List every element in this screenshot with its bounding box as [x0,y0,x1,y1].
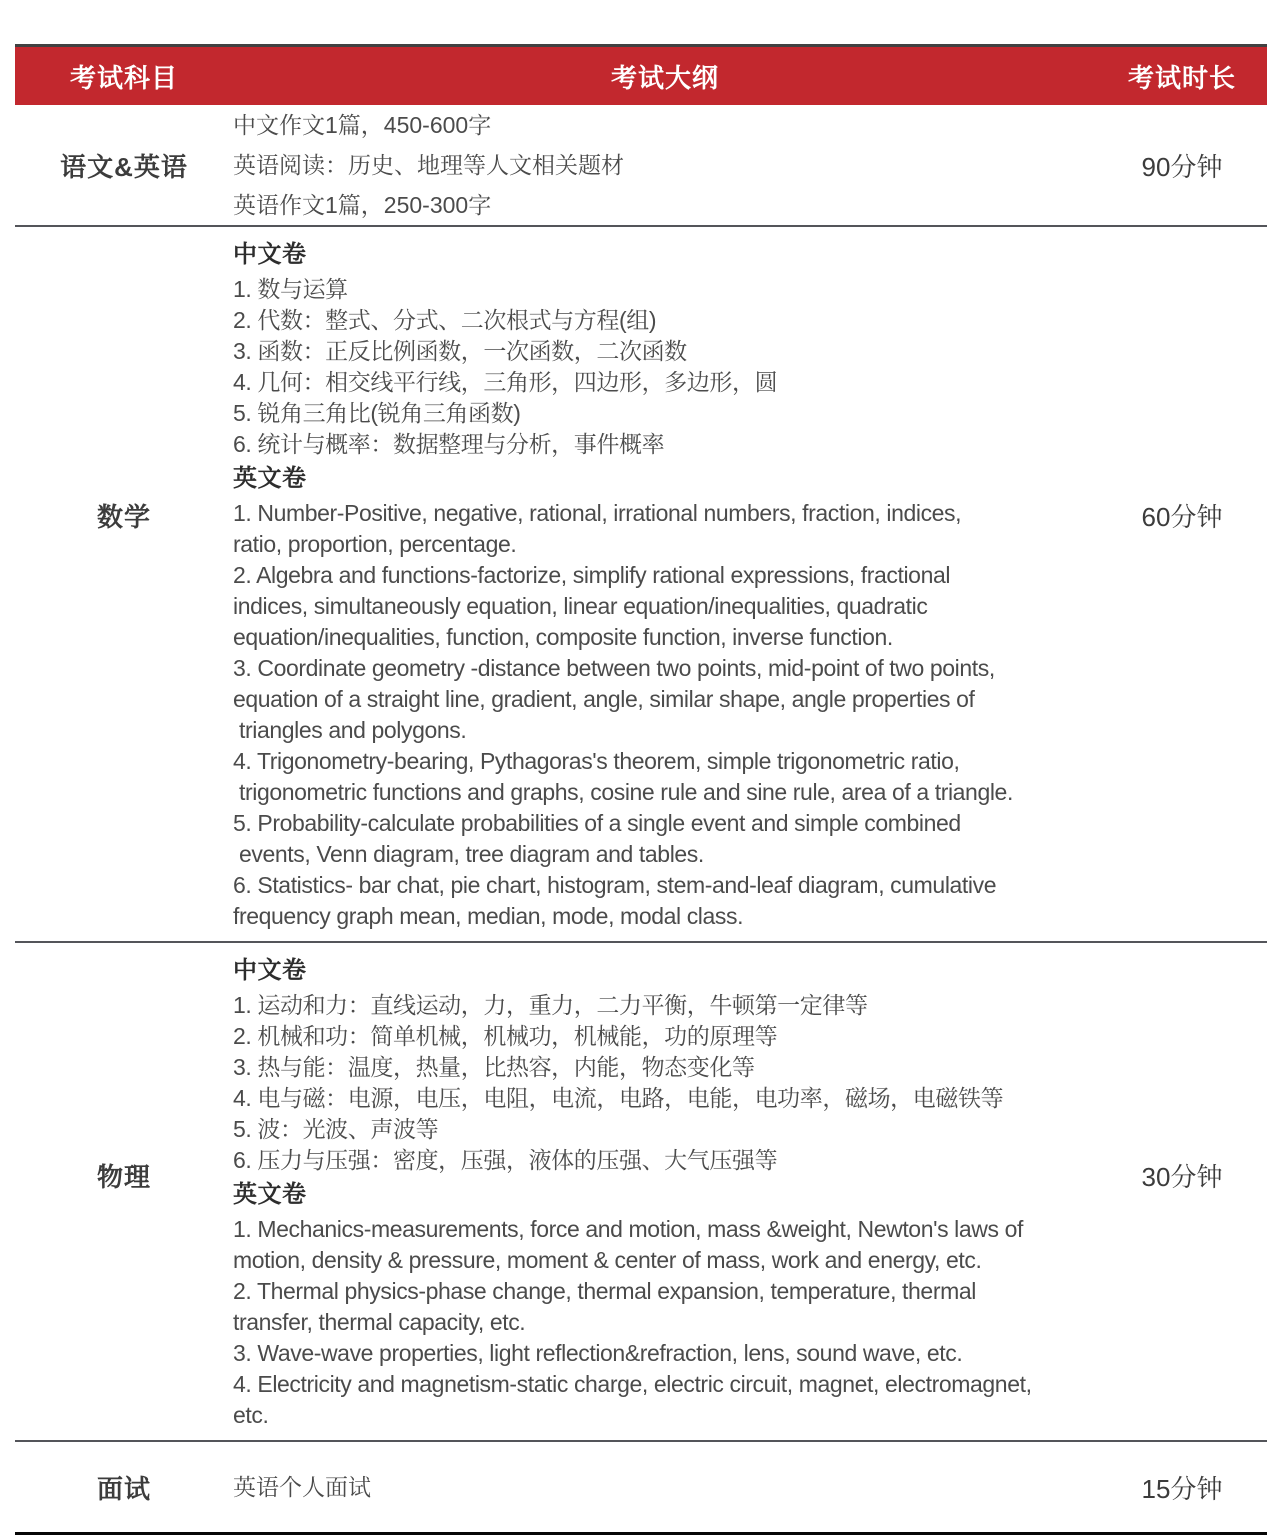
duration-cell: 30分钟 [1097,943,1267,1440]
outline-cell: 英语个人面试 [233,1442,1097,1532]
outline-line: 2. Algebra and functions-factorize, simp… [233,560,1091,591]
outline-line: 英语阅读：历史、地理等人文相关题材 [233,145,1097,185]
subject-label: 面试 [97,1469,151,1506]
outline-line: etc. [233,1400,1091,1431]
duration-cell: 15分钟 [1097,1442,1267,1532]
outline-line: frequency graph mean, median, mode, moda… [233,901,1091,932]
outline-line: 6. 压力与压强：密度，压强，液体的压强、大气压强等 [233,1145,1091,1176]
table-row: 数学中文卷1. 数与运算2. 代数：整式、分式、二次根式与方程(组)3. 函数：… [15,225,1267,941]
outline-line: 1. 运动和力：直线运动，力，重力，二力平衡，牛顿第一定律等 [233,990,1091,1021]
outline-line: 1. Number-Positive, negative, rational, … [233,498,1091,529]
outline-line: triangles and polygons. [233,715,1091,746]
subject-cell: 数学 [15,227,233,941]
outline-line: 5. 锐角三角比(锐角三角函数) [233,398,1091,429]
outline-line: 1. Mechanics-measurements, force and mot… [233,1214,1091,1245]
subject-label: 数学 [97,497,151,534]
table-row: 物理中文卷1. 运动和力：直线运动，力，重力，二力平衡，牛顿第一定律等2. 机械… [15,941,1267,1440]
outline-line: equation/inequalities, function, composi… [233,622,1091,653]
outline-line: 英语个人面试 [233,1472,1091,1503]
outline-line: equation of a straight line, gradient, a… [233,684,1091,715]
outline-line: transfer, thermal capacity, etc. [233,1307,1091,1338]
outline-line: 3. 热与能：温度，热量，比热容，内能，物态变化等 [233,1052,1091,1083]
outline-line: 2. Thermal physics-phase change, thermal… [233,1276,1091,1307]
outline-line: trigonometric functions and graphs, cosi… [233,777,1091,808]
exam-outline-table: 考试科目 考试大纲 考试时长 语文&英语中文作文1篇，450-600字英语阅读：… [15,44,1267,1535]
header-cell-duration: 考试时长 [1097,58,1267,95]
outline-line: 4. 几何：相交线平行线，三角形，四边形，多边形，圆 [233,367,1091,398]
outline-line: 中文作文1篇，450-600字 [233,105,1097,145]
duration-label: 60分钟 [1142,497,1223,534]
outline-line: events, Venn diagram, tree diagram and t… [233,839,1091,870]
outline-cell: 中文作文1篇，450-600字英语阅读：历史、地理等人文相关题材英语作文1篇，2… [233,105,1097,225]
outline-line: 4. Trigonometry-bearing, Pythagoras's th… [233,746,1091,777]
outline-section-heading: 英文卷 [233,460,1091,498]
header-cell-subject: 考试科目 [15,58,233,95]
table-row: 语文&英语中文作文1篇，450-600字英语阅读：历史、地理等人文相关题材英语作… [15,105,1267,225]
subject-cell: 语文&英语 [15,105,233,225]
outline-section-heading: 英文卷 [233,1176,1091,1214]
outline-line: 2. 代数：整式、分式、二次根式与方程(组) [233,305,1091,336]
duration-cell: 60分钟 [1097,227,1267,941]
outline-line: 1. 数与运算 [233,274,1091,305]
outline-line: 5. 波：光波、声波等 [233,1114,1091,1145]
outline-line: ratio, proportion, percentage. [233,529,1091,560]
duration-label: 15分钟 [1142,1469,1223,1506]
outline-cell: 中文卷1. 运动和力：直线运动，力，重力，二力平衡，牛顿第一定律等2. 机械和功… [233,943,1097,1440]
outline-line: motion, density & pressure, moment & cen… [233,1245,1091,1276]
outline-line: 6. Statistics- bar chat, pie chart, hist… [233,870,1091,901]
subject-cell: 面试 [15,1442,233,1532]
outline-line: 6. 统计与概率：数据整理与分析，事件概率 [233,429,1091,460]
duration-label: 90分钟 [1142,147,1223,184]
outline-section-heading: 中文卷 [233,236,1091,274]
outline-line: 4. 电与磁：电源，电压，电阻，电流，电路，电能，电功率，磁场，电磁铁等 [233,1083,1091,1114]
subject-cell: 物理 [15,943,233,1440]
header-cell-outline: 考试大纲 [233,58,1097,95]
outline-line: 4. Electricity and magnetism-static char… [233,1369,1091,1400]
outline-line: indices, simultaneously equation, linear… [233,591,1091,622]
subject-label: 语文&英语 [60,147,188,184]
duration-label: 30分钟 [1142,1157,1223,1194]
outline-line: 英语作文1篇，250-300字 [233,185,1097,225]
outline-line: 5. Probability-calculate probabilities o… [233,808,1091,839]
outline-section-heading: 中文卷 [233,952,1091,990]
subject-label: 物理 [97,1157,151,1194]
outline-line: 3. Coordinate geometry -distance between… [233,653,1091,684]
table-row: 面试英语个人面试15分钟 [15,1440,1267,1532]
outline-line: 2. 机械和功：简单机械，机械功，机械能，功的原理等 [233,1021,1091,1052]
outline-cell: 中文卷1. 数与运算2. 代数：整式、分式、二次根式与方程(组)3. 函数：正反… [233,227,1097,941]
outline-line: 3. Wave-wave properties, light reflectio… [233,1338,1091,1369]
table-header-row: 考试科目 考试大纲 考试时长 [15,47,1267,105]
table-body: 语文&英语中文作文1篇，450-600字英语阅读：历史、地理等人文相关题材英语作… [15,105,1267,1532]
outline-line: 3. 函数：正反比例函数，一次函数，二次函数 [233,336,1091,367]
duration-cell: 90分钟 [1097,105,1267,225]
